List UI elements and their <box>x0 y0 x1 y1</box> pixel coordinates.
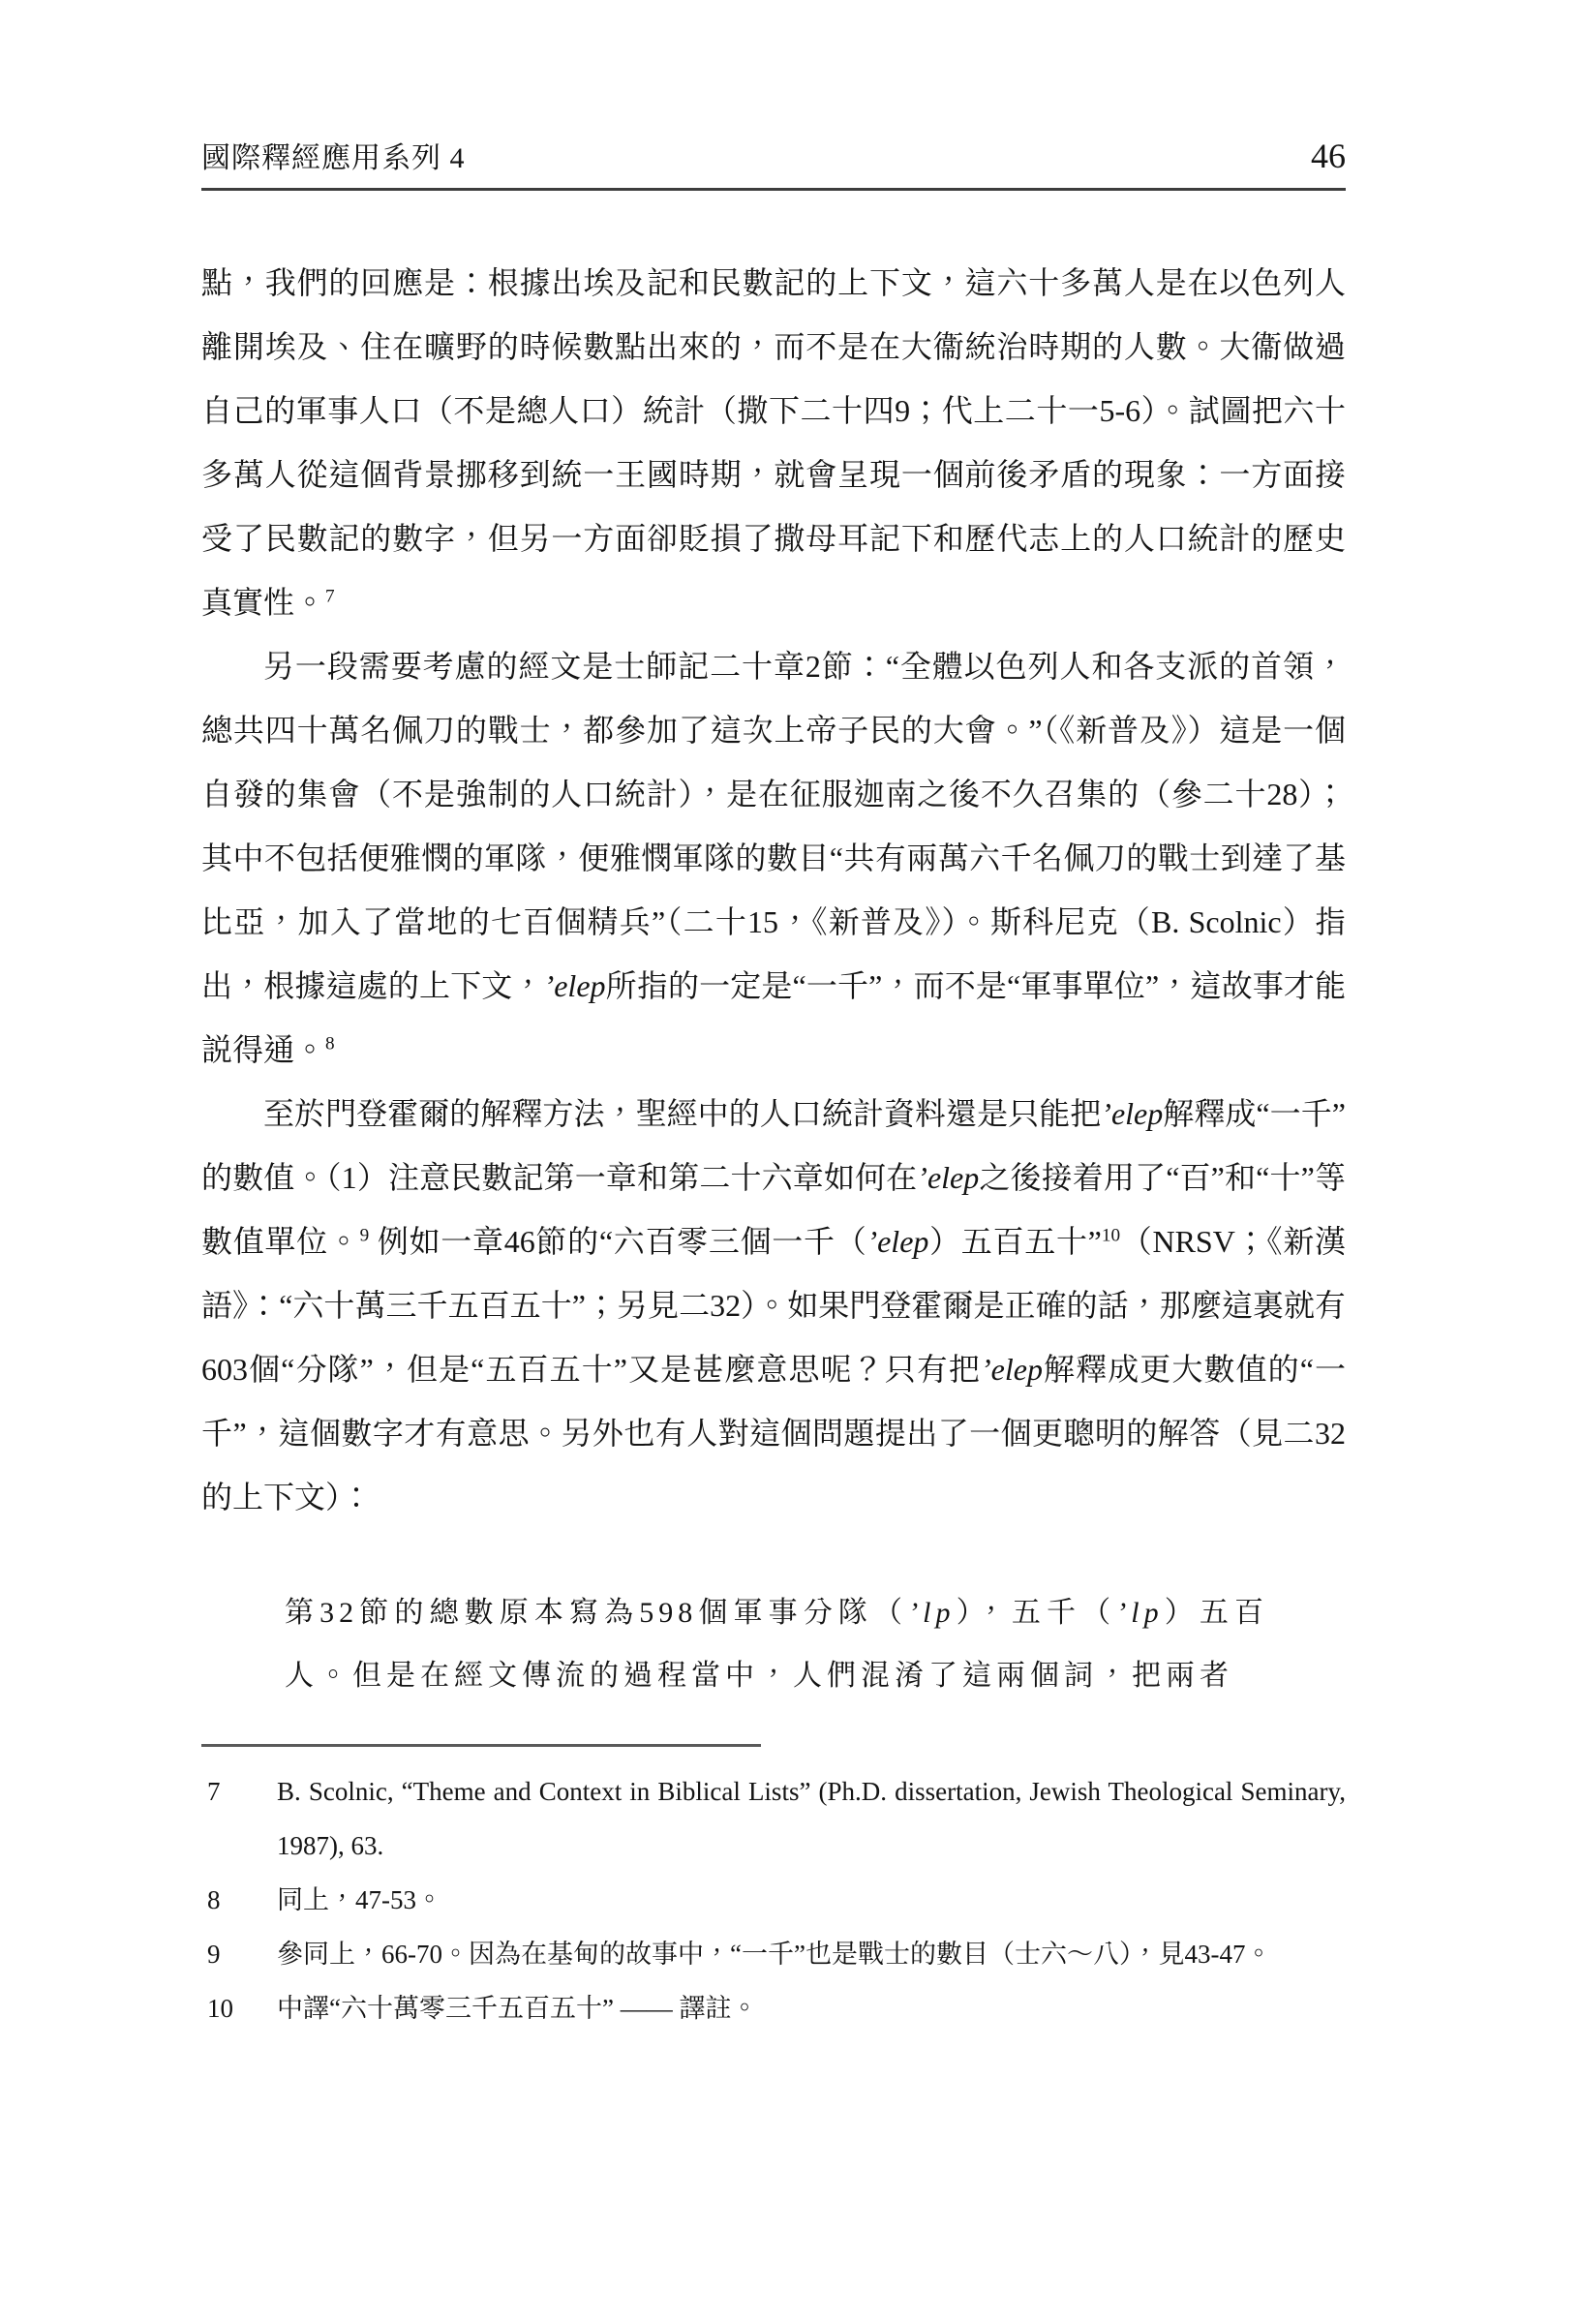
body-text: 點，我們的回應是：根據出埃及記和民數記的上下文，這六十多萬人是在以色列人離開埃及… <box>201 251 1346 1529</box>
page-number: 46 <box>1311 136 1346 176</box>
footnote-number: 8 <box>201 1873 277 1927</box>
footnote-text: 同上，47-53。 <box>277 1873 1346 1927</box>
footnote-text: B. Scolnic, “Theme and Context in Biblic… <box>277 1764 1346 1873</box>
body-paragraph: 至於門登霍爾的解釋方法，聖經中的人口統計資料還是只能把’elep解釋成“一千”的… <box>201 1082 1346 1529</box>
header-rule <box>201 188 1346 191</box>
footnotes: 7 B. Scolnic, “Theme and Context in Bibl… <box>201 1764 1346 2035</box>
footnote-text: 參同上，66-70。因為在基甸的故事中，“一千”也是戰士的數目（士六～八），見4… <box>277 1927 1346 1981</box>
block-quote: 第32節的總數原本寫為598個軍事分隊（’lp），五千（’lp）五百人。但是在經… <box>285 1581 1268 1707</box>
running-header: 國際釋經應用系列 4 46 <box>201 139 1346 176</box>
document-page: 國際釋經應用系列 4 46 點，我們的回應是：根據出埃及記和民數記的上下文，這六… <box>0 0 1580 2324</box>
series-title: 國際釋經應用系列 4 <box>201 134 466 176</box>
body-paragraph: 點，我們的回應是：根據出埃及記和民數記的上下文，這六十多萬人是在以色列人離開埃及… <box>201 251 1346 634</box>
footnote-number: 10 <box>201 1981 277 2035</box>
footnote-row: 8 同上，47-53。 <box>201 1873 1346 1927</box>
footnote-row: 9 參同上，66-70。因為在基甸的故事中，“一千”也是戰士的數目（士六～八），… <box>201 1927 1346 1981</box>
footnote-number: 9 <box>201 1927 277 1981</box>
text-column: 國際釋經應用系列 4 46 點，我們的回應是：根據出埃及記和民數記的上下文，這六… <box>201 0 1346 2035</box>
footnote-number: 7 <box>201 1764 277 1819</box>
body-paragraph: 另一段需要考慮的經文是士師記二十章2節：“全體以色列人和各支派的首領，總共四十萬… <box>201 634 1346 1082</box>
footnote-separator <box>201 1744 761 1747</box>
footnote-row: 10 中譯“六十萬零三千五百五十” —— 譯註。 <box>201 1981 1346 2035</box>
footnote-text: 中譯“六十萬零三千五百五十” —— 譯註。 <box>277 1981 1346 2035</box>
footnote-row: 7 B. Scolnic, “Theme and Context in Bibl… <box>201 1764 1346 1873</box>
